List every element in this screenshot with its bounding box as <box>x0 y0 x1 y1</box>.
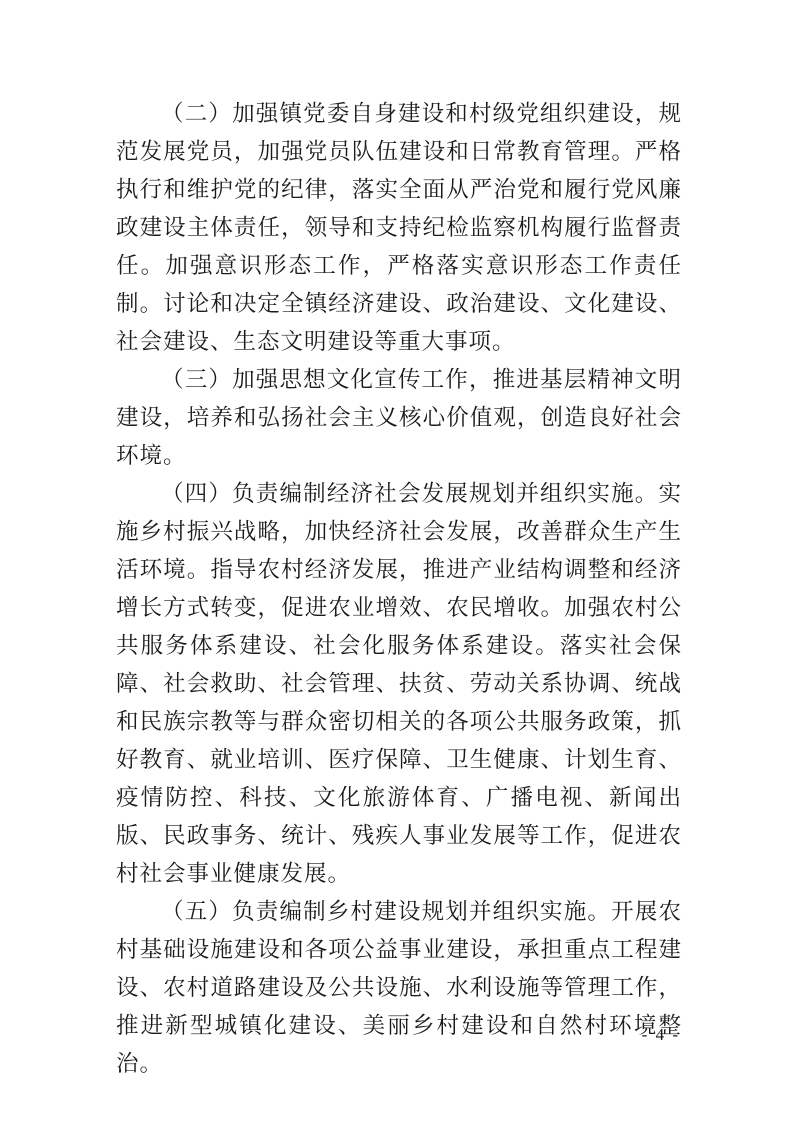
paragraph-item-3: （三）加强思想文化宣传工作，推进基层精神文明建设，培养和弘扬社会主义核心价值观，… <box>116 361 682 475</box>
paragraph-item-2: （二）加强镇党委自身建设和村级党组织建设，规范发展党员，加强党员队伍建设和日常教… <box>116 95 682 361</box>
paragraph-item-4: （四）负责编制经济社会发展规划并组织实施。实施乡村振兴战略，加快经济社会发展，改… <box>116 475 682 893</box>
document-page: （二）加强镇党委自身建设和村级党组织建设，规范发展党员，加强党员队伍建设和日常教… <box>0 0 793 1122</box>
page-number: - 4 - <box>642 1024 680 1046</box>
paragraph-item-5: （五）负责编制乡村建设规划并组织实施。开展农村基础设施建设和各项公益事业建设，承… <box>116 893 682 1083</box>
document-body: （二）加强镇党委自身建设和村级党组织建设，规范发展党员，加强党员队伍建设和日常教… <box>116 95 682 1083</box>
